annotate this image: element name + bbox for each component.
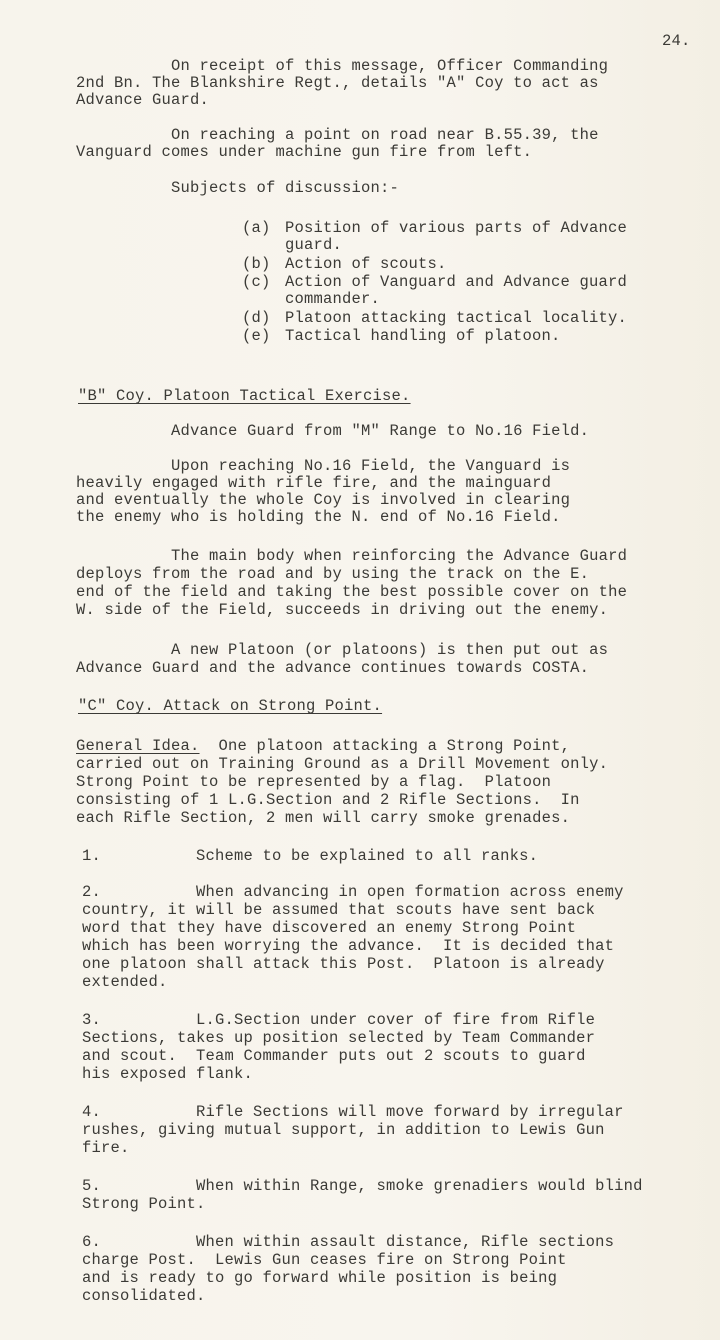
text-line: Strong Point. xyxy=(82,1196,206,1213)
item-number: 5. xyxy=(82,1178,101,1195)
list-item-text: Action of scouts. xyxy=(285,256,447,273)
item-number: 1. xyxy=(82,848,101,865)
page-number: 24. xyxy=(662,32,691,50)
document-page: 24. On receipt of this message, Officer … xyxy=(0,0,720,1340)
text-line: The main body when reinforcing the Advan… xyxy=(76,548,627,565)
section-heading-c-coy: "C" Coy. Attack on Strong Point. xyxy=(78,698,382,715)
section-heading-b-coy: "B" Coy. Platoon Tactical Exercise. xyxy=(78,388,411,405)
text-line: Advance Guard and the advance continues … xyxy=(76,660,589,677)
text-line: deploys from the road and by using the t… xyxy=(76,566,589,583)
text-span: One platoon attacking a Strong Point, xyxy=(200,737,571,755)
text-line: charge Post. Lewis Gun ceases fire on St… xyxy=(82,1252,567,1269)
text-line: Rifle Sections will move forward by irre… xyxy=(101,1104,624,1121)
text-line: Upon reaching No.16 Field, the Vanguard … xyxy=(76,458,570,475)
list-item-text: guard. xyxy=(285,237,342,254)
list-marker: (e) xyxy=(242,328,271,345)
text-line: On reaching a point on road near B.55.39… xyxy=(76,127,599,144)
text-line: When within assault distance, Rifle sect… xyxy=(101,1234,614,1251)
text-line: end of the field and taking the best pos… xyxy=(76,584,627,601)
text-line: rushes, giving mutual support, in additi… xyxy=(82,1122,605,1139)
text-line: Sections, takes up position selected by … xyxy=(82,1030,595,1047)
subjects-title: Subjects of discussion:- xyxy=(76,180,399,197)
text-line: his exposed flank. xyxy=(82,1066,253,1083)
text-line: L.G.Section under cover of fire from Rif… xyxy=(101,1012,595,1029)
text-line: each Rifle Section, 2 men will carry smo… xyxy=(76,810,570,827)
general-idea-label: General Idea. xyxy=(76,737,200,755)
list-marker: (b) xyxy=(242,256,271,273)
list-item-text: Tactical handling of platoon. xyxy=(285,328,561,345)
text-line: Vanguard comes under machine gun fire fr… xyxy=(76,144,532,161)
text-line: one platoon shall attack this Post. Plat… xyxy=(82,956,605,973)
text-line: carried out on Training Ground as a Dril… xyxy=(76,756,608,773)
text-line: which has been worrying the advance. It … xyxy=(82,938,614,955)
text-line: and eventually the whole Coy is involved… xyxy=(76,492,570,509)
text-line: W. side of the Field, succeeds in drivin… xyxy=(76,602,608,619)
text-line: country, it will be assumed that scouts … xyxy=(82,902,595,919)
list-item-text: Position of various parts of Advance xyxy=(285,220,627,237)
text-line: On receipt of this message, Officer Comm… xyxy=(76,58,608,75)
text-line: word that they have discovered an enemy … xyxy=(82,920,576,937)
text-line: 2nd Bn. The Blankshire Regt., details "A… xyxy=(76,75,599,92)
list-marker: (a) xyxy=(242,220,271,237)
text-line: Advance Guard from "M" Range to No.16 Fi… xyxy=(76,423,589,440)
item-number: 6. xyxy=(82,1234,101,1251)
text-line: extended. xyxy=(82,974,168,991)
text-line: Advance Guard. xyxy=(76,92,209,109)
text-line: Scheme to be explained to all ranks. xyxy=(101,848,538,865)
text-line: Strong Point to be represented by a flag… xyxy=(76,774,551,791)
text-line: and scout. Team Commander puts out 2 sco… xyxy=(82,1048,586,1065)
text-line: A new Platoon (or platoons) is then put … xyxy=(76,642,608,659)
text-line: When within Range, smoke grenadiers woul… xyxy=(101,1178,643,1195)
text-line: consolidated. xyxy=(82,1288,206,1305)
list-marker: (d) xyxy=(242,310,271,327)
item-number: 4. xyxy=(82,1104,101,1121)
text-line: fire. xyxy=(82,1140,130,1157)
list-marker: (c) xyxy=(242,274,271,291)
text-line: the enemy who is holding the N. end of N… xyxy=(76,509,561,526)
general-idea-first-line: General Idea. One platoon attacking a St… xyxy=(76,738,570,755)
item-number: 3. xyxy=(82,1012,101,1029)
list-item-text: Action of Vanguard and Advance guard xyxy=(285,274,627,291)
item-number: 2. xyxy=(82,884,101,901)
text-line: and is ready to go forward while positio… xyxy=(82,1270,557,1287)
text-line: consisting of 1 L.G.Section and 2 Rifle … xyxy=(76,792,580,809)
list-item-text: Platoon attacking tactical locality. xyxy=(285,310,627,327)
text-line: When advancing in open formation across … xyxy=(101,884,624,901)
list-item-text: commander. xyxy=(285,291,380,308)
text-line: heavily engaged with rifle fire, and the… xyxy=(76,475,551,492)
